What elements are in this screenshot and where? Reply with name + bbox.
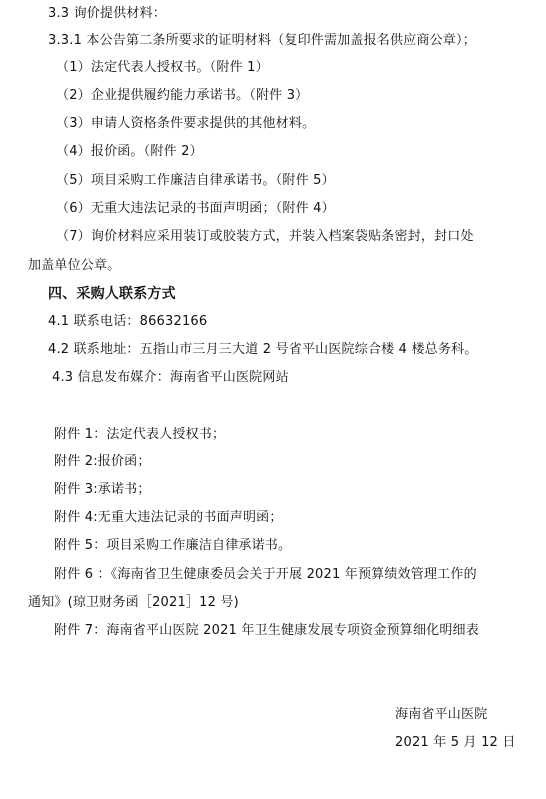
info-media: 4.3 信息发布媒介：海南省平山医院网站 <box>52 369 289 387</box>
material-item-4: （4）报价函。（附件 2） <box>56 143 203 161</box>
material-item-7-line1: （7）询价材料应采用装订或胶装方式，并装入档案袋贴条密封，封口处 <box>56 228 474 246</box>
attachment-6-line1: 附件 6 ：《海南省卫生健康委员会关于开展 2021 年预算绩效管理工作的 <box>54 566 477 584</box>
attachment-3: 附件 3:承诺书； <box>54 481 151 499</box>
attachment-2: 附件 2:报价函； <box>54 453 151 471</box>
section-3-3-title: 3.3 询价提供材料： <box>48 5 166 23</box>
signature-organization: 海南省平山医院 <box>395 706 487 724</box>
attachment-1: 附件 1：法定代表人授权书； <box>54 426 225 444</box>
attachment-6-line2: 通知》(琼卫财务函［2021］12 号) <box>28 594 239 612</box>
material-item-6: （6）无重大违法记录的书面声明函；（附件 4） <box>56 200 335 218</box>
attachment-4: 附件 4:无重大违法记录的书面声明函； <box>54 509 283 527</box>
signature-date: 2021 年 5 月 12 日 <box>395 734 516 752</box>
contact-address: 4.2 联系地址：五指山市三月三大道 2 号省平山医院综合楼 4 楼总务科。 <box>48 341 477 359</box>
material-item-1: （1）法定代表人授权书。（附件 1） <box>56 59 269 77</box>
section-4-heading: 四、采购人联系方式 <box>48 285 176 303</box>
material-item-7-line2: 加盖单位公章。 <box>28 257 120 275</box>
contact-phone: 4.1 联系电话：86632166 <box>48 313 207 331</box>
attachment-7: 附件 7：海南省平山医院 2021 年卫生健康发展专项资金预算细化明细表 <box>54 622 479 640</box>
material-item-3: （3）申请人资格条件要求提供的其他材料。 <box>56 115 315 133</box>
item-3-3-1: 3.3.1 本公告第二条所要求的证明材料（复印件需加盖报名供应商公章）； <box>48 32 476 50</box>
attachment-5: 附件 5：项目采购工作廉洁自律承诺书。 <box>54 537 291 555</box>
material-item-2: （2）企业提供履约能力承诺书。（附件 3） <box>56 87 308 105</box>
material-item-5: （5）项目采购工作廉洁自律承诺书。（附件 5） <box>56 172 335 190</box>
